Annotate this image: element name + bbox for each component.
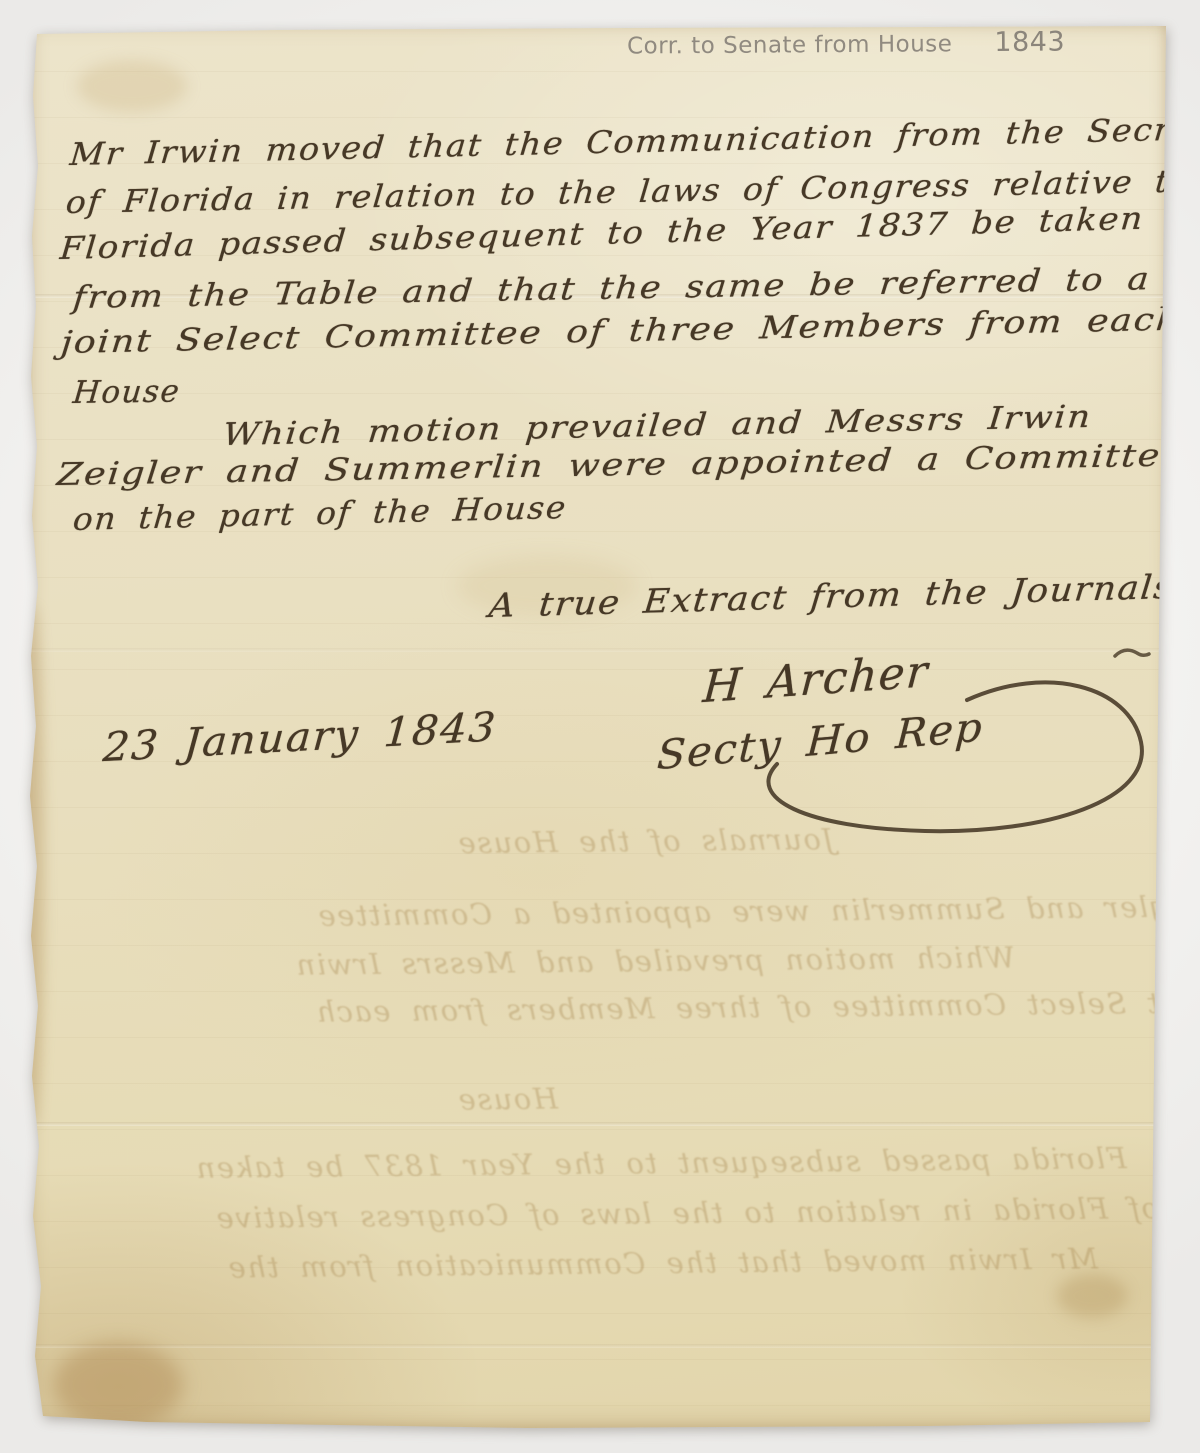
date-line: 23 January 1843	[101, 705, 498, 770]
document-page-wrapper: Journals of the House Zeigler and Summer…	[27, 26, 1167, 1428]
bleedthrough-line: joint Select Committee of three Members …	[315, 985, 1200, 1028]
manuscript-line: Mr Irwin moved that the Communication fr…	[69, 111, 1200, 172]
paper-stain	[53, 1342, 183, 1428]
bleedthrough-line: House	[457, 1081, 558, 1116]
fold-crease	[27, 648, 1167, 652]
annotation-year: 1843	[994, 26, 1065, 57]
pencil-annotation: Corr. to Senate from House1843	[627, 26, 1065, 60]
manuscript-line: on the part of the House	[72, 491, 569, 537]
bleedthrough-line: Journals of the House	[457, 822, 834, 860]
manuscript-line: House	[71, 374, 182, 410]
bleedthrough-line: Zeigler and Summerlin were appointed a C…	[317, 889, 1200, 932]
bleedthrough-line: Which motion prevailed and Messrs Irwin	[295, 940, 1015, 982]
paper-stain	[77, 60, 187, 112]
fold-crease	[27, 1344, 1167, 1348]
annotation-text: Corr. to Senate from House	[627, 31, 953, 59]
signature-name: H Archer	[701, 648, 930, 713]
fold-crease	[27, 1122, 1167, 1126]
paper-stain	[1057, 1274, 1127, 1318]
document-page: Journals of the House Zeigler and Summer…	[27, 26, 1167, 1428]
paper-stain	[23, 606, 45, 1126]
bleedthrough-line: of Florida in relation to the laws of Co…	[215, 1191, 1159, 1235]
bleedthrough-line: Florida passed subsequent to the Year 18…	[195, 1141, 1127, 1185]
scan-background: Journals of the House Zeigler and Summer…	[0, 0, 1200, 1453]
attestation-line: A true Extract from the Journals	[487, 569, 1175, 625]
signature-title: Secty Ho Rep	[656, 705, 985, 778]
bleedthrough-line: Mr Irwin moved that the Communication fr…	[227, 1241, 1098, 1284]
